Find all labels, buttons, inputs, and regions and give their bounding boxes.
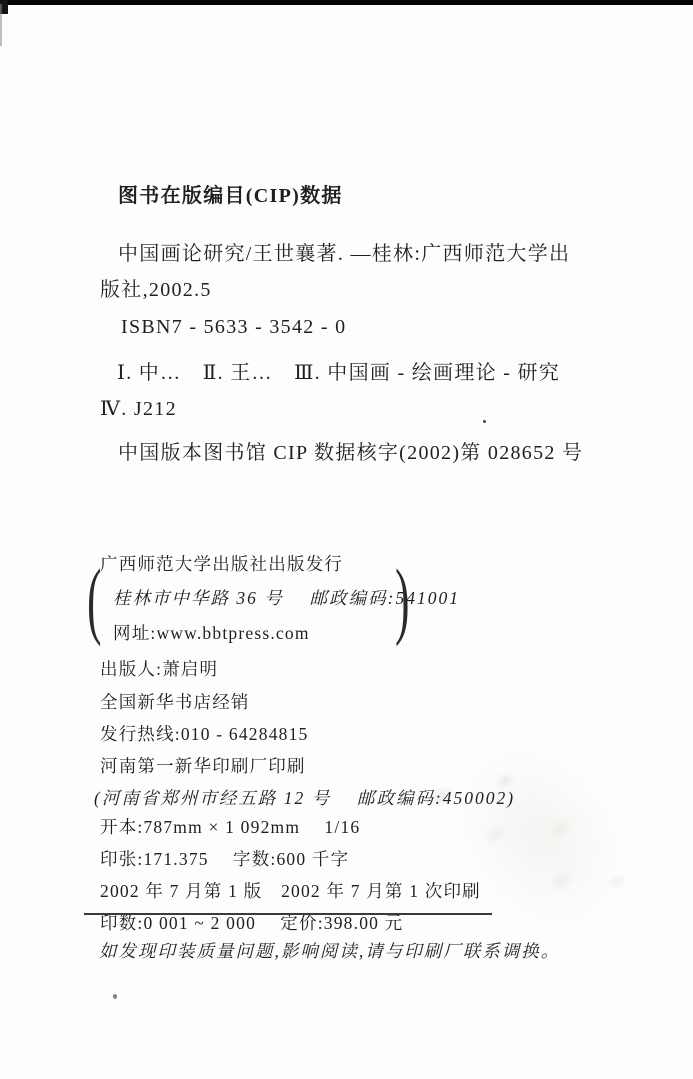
publisher-person-line: 出版人:萧启明 xyxy=(100,659,218,680)
footer-divider-rule xyxy=(84,913,492,915)
format-line: 开本:787mm × 1 092mm 1/16 xyxy=(100,817,360,838)
printer-address-line: (河南省郑州市经五路 12 号 邮政编码:450002) xyxy=(94,788,515,809)
scan-edge-artifact-top xyxy=(0,0,693,5)
isbn-line: ISBN7 - 5633 - 3542 - 0 xyxy=(121,315,346,339)
cip-classification-line-2: Ⅳ. J212 xyxy=(100,397,177,421)
distribution-line: 全国新华书店经销 xyxy=(100,692,250,713)
printer-line: 河南第一新华印刷厂印刷 xyxy=(100,756,306,777)
book-copyright-page: 图书在版编目(CIP)数据 中国画论研究/王世襄著. —桂林:广西师范大学出 版… xyxy=(0,0,693,1079)
scan-speck xyxy=(113,994,117,999)
scan-edge-artifact-left xyxy=(0,4,2,46)
quality-notice-line: 如发现印装质量问题,影响阅读,请与印刷厂联系调换。 xyxy=(99,941,560,962)
sales-hotline-line: 发行热线:010 - 64284815 xyxy=(100,724,309,745)
edition-printing-line: 2002 年 7 月第 1 版 2002 年 7 月第 1 次印刷 xyxy=(100,881,481,902)
publisher-website-line: 网址:www.bbtpress.com xyxy=(113,623,310,644)
book-title-author-line: 中国画论研究/王世襄著. —桂林:广西师范大学出 xyxy=(118,242,570,266)
cip-classification-line-1: Ⅰ. 中… Ⅱ. 王… Ⅲ. 中国画 - 绘画理论 - 研究 xyxy=(117,361,560,385)
large-open-parenthesis: ( xyxy=(87,560,101,639)
large-close-parenthesis: ) xyxy=(395,560,409,639)
print-run-price-line: 印数:0 001 ~ 2 000 定价:398.00 元 xyxy=(100,913,403,934)
cip-record-number: 中国版本图书馆 CIP 数据核字(2002)第 028652 号 xyxy=(118,441,583,465)
publisher-year-line: 版社,2002.5 xyxy=(100,278,212,302)
cip-data-header: 图书在版编目(CIP)数据 xyxy=(118,184,343,208)
sheets-wordcount-line: 印张:171.375 字数:600 千字 xyxy=(100,849,349,870)
scan-speck xyxy=(483,420,486,423)
publisher-distribution-line: 广西师范大学出版社出版发行 xyxy=(100,554,343,575)
